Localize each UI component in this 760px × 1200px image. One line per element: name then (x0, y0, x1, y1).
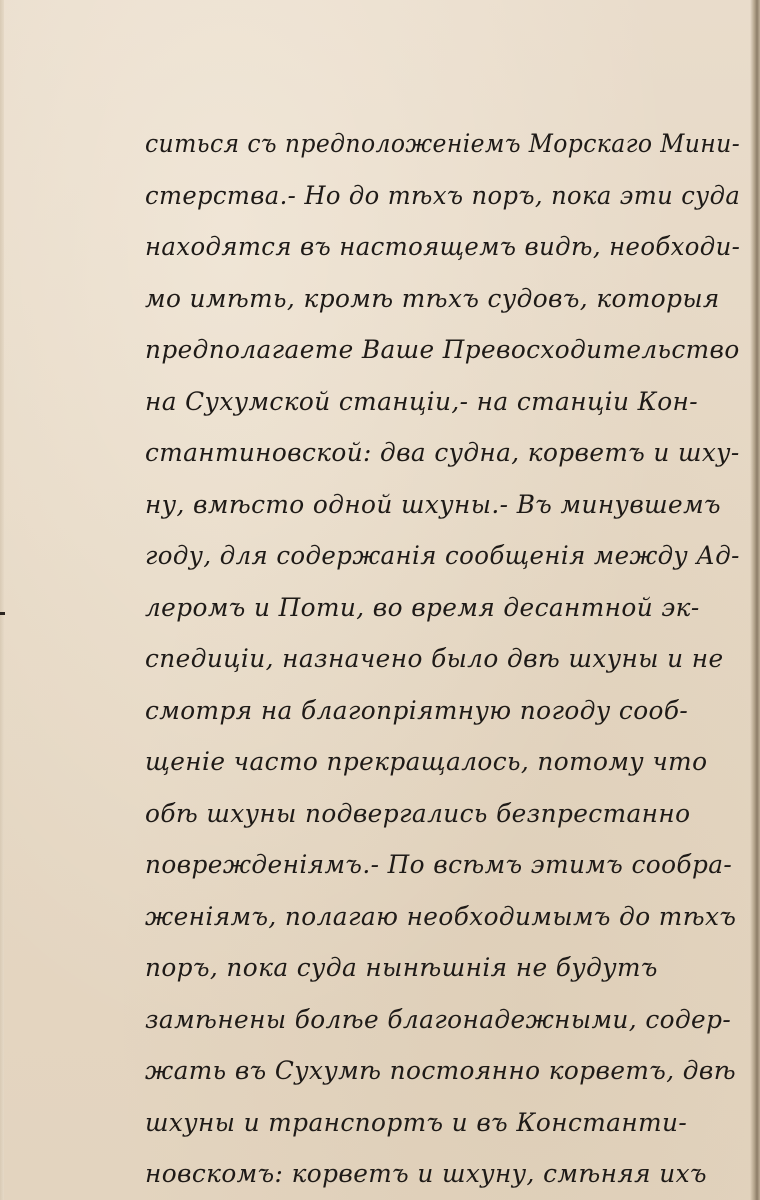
handwritten-text-block: ситься съ предположеніемъ Морскаго Мини-… (145, 118, 745, 1200)
text-line: шхуны и транспортъ и въ Константи- (145, 1097, 740, 1149)
manuscript-page: ситься съ предположеніемъ Морскаго Мини-… (0, 0, 760, 1200)
text-line: предполагаете Ваше Превосходительство (145, 324, 739, 376)
text-line: находятся въ настоящемъ видѣ, необходи- (145, 221, 729, 273)
page-left-edge (0, 0, 4, 1200)
text-line: щеніе часто прекращалось, потому что (145, 736, 740, 788)
text-line: поръ, пока суда нынѣшнія не будутъ (145, 942, 740, 994)
text-line: замѣнены болѣе благонадежными, содер- (145, 994, 740, 1046)
text-line: смотря на благопріятную погоду сооб- (145, 685, 740, 737)
text-line: мо имѣть, кромѣ тѣхъ судовъ, которыя (145, 273, 740, 325)
margin-mark (0, 612, 5, 615)
text-line: леромъ и Поти, во время десантной эк- (145, 582, 740, 634)
text-line: на Сухумской станціи,- на станціи Кон- (145, 376, 740, 428)
text-line: стантиновской: два судна, корветъ и шху- (145, 427, 739, 479)
text-line: обѣ шхуны подвергались безпрестанно (145, 788, 740, 840)
text-line: ну, вмѣсто одной шхуны.- Въ минувшемъ (145, 479, 740, 531)
text-line: жать въ Сухумѣ постоянно корветъ, двѣ (145, 1045, 740, 1097)
binding-edge (750, 0, 760, 1200)
text-line: ситься съ предположеніемъ Морскаго Мини- (145, 118, 710, 170)
text-line: стерства.- Но до тѣхъ поръ, пока эти суд… (145, 170, 726, 222)
text-line: новскомъ: корветъ и шхуну, смѣняя ихъ (145, 1148, 740, 1200)
text-line: спедиціи, назначено было двѣ шхуны и не (145, 633, 740, 685)
text-line: женіямъ, полагаю необходимымъ до тѣхъ (145, 891, 740, 943)
text-line: году, для содержанія сообщенія между Ад- (145, 530, 732, 582)
text-line: поврежденіямъ.- По всѣмъ этимъ сообра- (145, 839, 740, 891)
